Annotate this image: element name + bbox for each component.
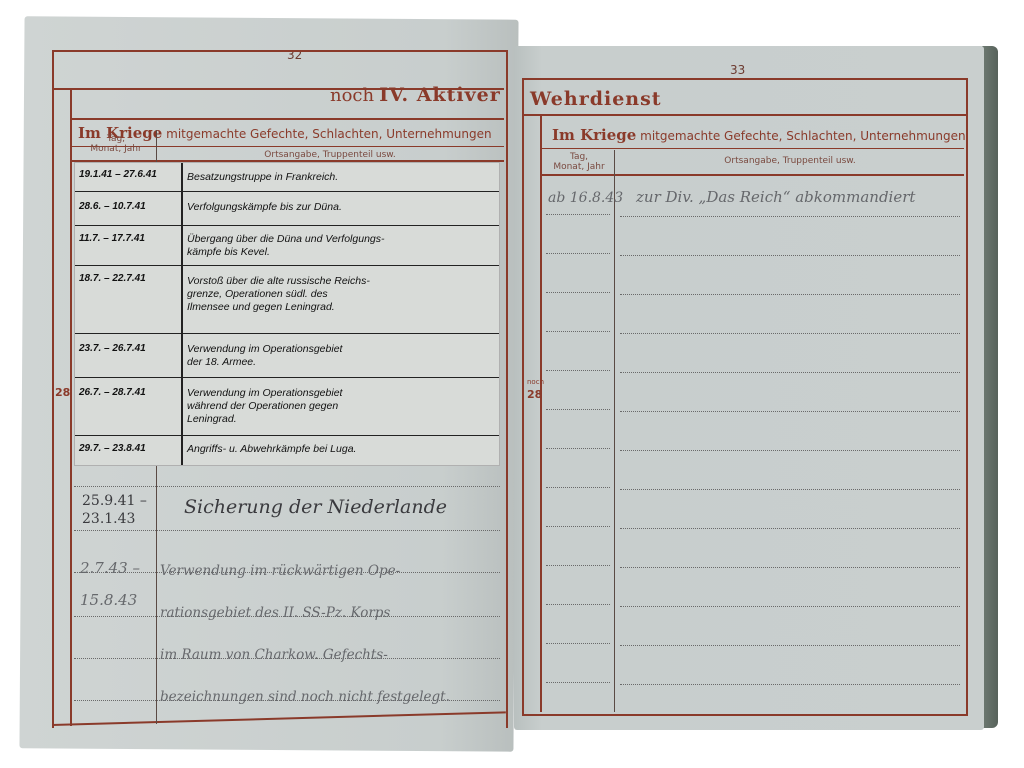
handwritten-date: ab 16.8.43 <box>548 190 623 206</box>
inner-left-rule <box>540 114 542 712</box>
dotted-line <box>546 682 610 683</box>
dotted-line <box>546 487 610 488</box>
heading-bold: Im Kriege <box>552 126 636 144</box>
dotted-line <box>620 567 960 568</box>
dotted-line <box>620 450 960 451</box>
dotted-line <box>546 331 610 332</box>
header-bottom-rule <box>540 174 964 176</box>
dotted-line <box>620 645 960 646</box>
dotted-line <box>620 489 960 490</box>
column-divider <box>614 150 615 712</box>
dotted-line <box>620 333 960 334</box>
heading-rule <box>540 148 964 149</box>
dotted-line <box>546 214 610 215</box>
dotted-line <box>620 606 960 607</box>
dotted-line <box>546 409 610 410</box>
col-place-header: Ortsangabe, Truppenteil usw. <box>620 156 960 166</box>
dotted-line <box>620 372 960 373</box>
dotted-line <box>546 253 610 254</box>
dotted-line <box>546 565 610 566</box>
right-page-content: 33 Wehrdienst Im Kriege mitgemachte Gefe… <box>0 0 1024 768</box>
side-number: 28 <box>527 388 542 401</box>
dotted-line <box>620 411 960 412</box>
dotted-line <box>546 643 610 644</box>
handwritten-text: zur Div. „Das Reich“ abkommandiert <box>636 188 915 206</box>
dotted-line <box>546 604 610 605</box>
heading-rest: mitgemachte Gefechte, Schlachten, Untern… <box>640 129 965 143</box>
dotted-line <box>546 292 610 293</box>
title-bottom-rule <box>522 114 966 116</box>
dotted-line <box>546 448 610 449</box>
section-heading: Im Kriege mitgemachte Gefechte, Schlacht… <box>552 126 966 144</box>
dotted-line <box>620 216 960 217</box>
page-number: 33 <box>730 63 745 77</box>
side-label: noch <box>527 378 544 386</box>
dotted-line <box>546 370 610 371</box>
right-title: Wehrdienst <box>530 88 662 110</box>
dotted-line <box>546 526 610 527</box>
dotted-line <box>620 684 960 685</box>
dotted-line <box>620 255 960 256</box>
col-date-header: Tag, Monat, Jahr <box>544 152 614 172</box>
dotted-line <box>620 528 960 529</box>
dotted-line <box>620 294 960 295</box>
